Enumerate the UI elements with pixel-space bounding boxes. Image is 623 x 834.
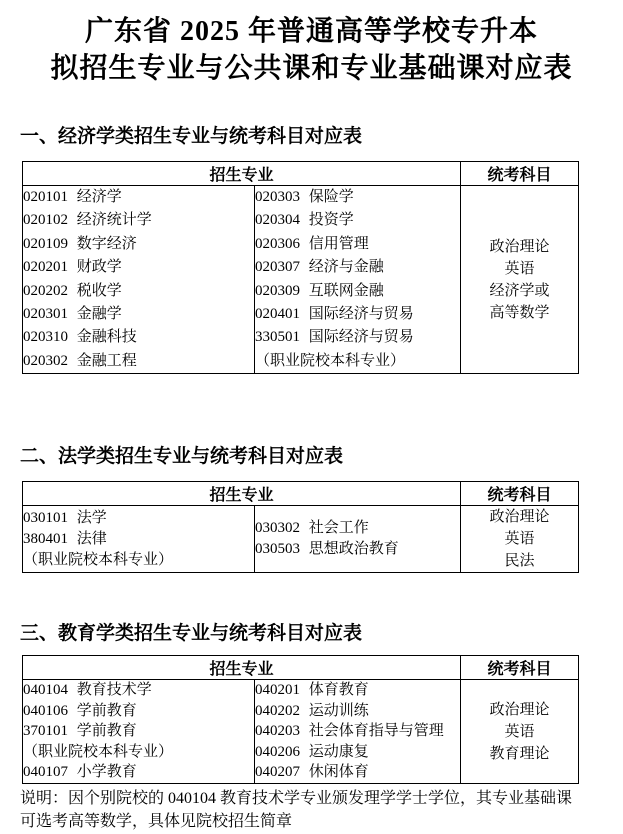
col-header-subjects: 统考科目 (461, 482, 579, 506)
cell-line: 高等数学 (461, 302, 578, 324)
col-header-majors: 招生专业 (23, 482, 461, 506)
majors-cell-right: 040201 体育教育040202 运动训练040203 社会体育指导与管理04… (255, 680, 461, 784)
cell-line: 020401 国际经济与贸易 (255, 303, 460, 326)
cell-line: 040106 学前教育 (23, 701, 254, 722)
cell-line: 330501 国际经济与贸易 (255, 326, 460, 349)
cell-line: 英语 (461, 258, 578, 280)
table-body-row: 040104 教育技术学040106 学前教育370101 学前教育（职业院校本… (23, 680, 579, 784)
table-header-row: 招生专业 统考科目 (23, 656, 579, 680)
cell-line: 020301 金融学 (23, 303, 254, 326)
col-header-subjects: 统考科目 (461, 162, 579, 186)
footnote: 说明：因个别院校的 040104 教育技术学专业颁发理学学士学位，其专业基础课 … (20, 787, 623, 833)
cell-line: 020302 金融工程 (23, 350, 254, 373)
law-table: 招生专业 统考科目 030101 法学380401 法律（职业院校本科专业） 0… (22, 481, 579, 573)
document-title: 广东省 2025 年普通高等学校专升本 拟招生专业与公共课和专业基础课对应表 (0, 0, 623, 87)
cell-line: 380401 法律 (23, 529, 254, 550)
cell-line: 020307 经济与金融 (255, 256, 460, 279)
footnote-line-1: 说明：因个别院校的 040104 教育技术学专业颁发理学学士学位，其专业基础课 (20, 787, 623, 810)
majors-cell-left: 020101 经济学020102 经济统计学020109 数字经济020201 … (23, 186, 255, 374)
cell-line: （职业院校本科专业） (255, 350, 460, 373)
cell-line: 020309 互联网金融 (255, 280, 460, 303)
economics-table: 招生专业 统考科目 020101 经济学020102 经济统计学020109 数… (22, 161, 579, 374)
cell-line: 020101 经济学 (23, 186, 254, 209)
cell-line: 040203 社会体育指导与管理 (255, 721, 460, 742)
col-header-majors: 招生专业 (23, 656, 461, 680)
majors-cell-left: 040104 教育技术学040106 学前教育370101 学前教育（职业院校本… (23, 680, 255, 784)
cell-line: 030302 社会工作 (255, 518, 460, 539)
cell-line: 英语 (461, 721, 578, 743)
cell-line: 040201 体育教育 (255, 680, 460, 701)
table-header-row: 招生专业 统考科目 (23, 482, 579, 506)
majors-cell-right: 020303 保险学020304 投资学020306 信用管理020307 经济… (255, 186, 461, 374)
cell-line: （职业院校本科专业） (23, 550, 254, 571)
subjects-cell: 政治理论英语经济学或高等数学 (461, 186, 579, 374)
cell-line: 040206 运动康复 (255, 742, 460, 763)
table-body-row: 030101 法学380401 法律（职业院校本科专业） 030302 社会工作… (23, 506, 579, 573)
cell-line: 030503 思想政治教育 (255, 539, 460, 560)
title-line-1: 广东省 2025 年普通高等学校专升本 (0, 13, 623, 50)
title-line-2: 拟招生专业与公共课和专业基础课对应表 (0, 50, 623, 87)
cell-line: 教育理论 (461, 743, 578, 765)
section-heading-education: 三、教育学类招生专业与统考科目对应表 (20, 621, 623, 647)
col-header-majors: 招生专业 (23, 162, 461, 186)
document-page: 广东省 2025 年普通高等学校专升本 拟招生专业与公共课和专业基础课对应表 一… (0, 0, 623, 834)
cell-line: 370101 学前教育 (23, 721, 254, 742)
cell-line: 040107 小学教育 (23, 762, 254, 783)
cell-line: 020201 财政学 (23, 256, 254, 279)
cell-line: 民法 (461, 550, 578, 572)
table-header-row: 招生专业 统考科目 (23, 162, 579, 186)
cell-line: 英语 (461, 528, 578, 550)
cell-line: 020310 金融科技 (23, 326, 254, 349)
cell-line: 020303 保险学 (255, 186, 460, 209)
cell-line: 020102 经济统计学 (23, 209, 254, 232)
subjects-cell: 政治理论英语民法 (461, 506, 579, 573)
cell-line: （职业院校本科专业） (23, 742, 254, 763)
cell-line: 030101 法学 (23, 508, 254, 529)
cell-line: 040104 教育技术学 (23, 680, 254, 701)
section-heading-economics: 一、经济学类招生专业与统考科目对应表 (20, 124, 623, 150)
cell-line: 040207 休闲体育 (255, 762, 460, 783)
col-header-subjects: 统考科目 (461, 656, 579, 680)
cell-line: 020109 数字经济 (23, 233, 254, 256)
table-body-row: 020101 经济学020102 经济统计学020109 数字经济020201 … (23, 186, 579, 374)
education-table: 招生专业 统考科目 040104 教育技术学040106 学前教育370101 … (22, 655, 579, 784)
cell-line: 政治理论 (461, 506, 578, 528)
cell-line: 020306 信用管理 (255, 233, 460, 256)
cell-line: 经济学或 (461, 280, 578, 302)
majors-cell-right: 030302 社会工作030503 思想政治教育 (255, 506, 461, 573)
cell-line: 020304 投资学 (255, 209, 460, 232)
subjects-cell: 政治理论英语教育理论 (461, 680, 579, 784)
cell-line: 政治理论 (461, 236, 578, 258)
cell-line: 政治理论 (461, 699, 578, 721)
footnote-line-2: 可选考高等数学，具体见院校招生简章 (20, 810, 623, 833)
cell-line: 040202 运动训练 (255, 701, 460, 722)
cell-line: 020202 税收学 (23, 280, 254, 303)
majors-cell-left: 030101 法学380401 法律（职业院校本科专业） (23, 506, 255, 573)
section-heading-law: 二、法学类招生专业与统考科目对应表 (20, 444, 623, 470)
